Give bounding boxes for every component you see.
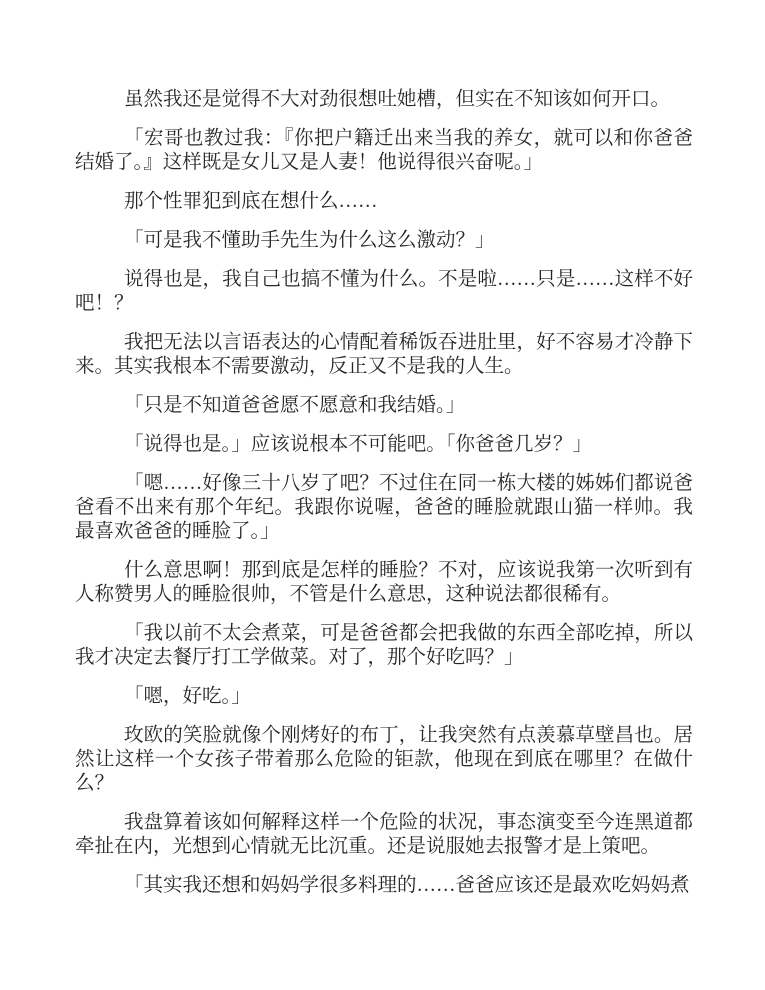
paragraph: 「可是我不懂助手先生为什么这么激动？」 [75,229,693,253]
paragraph: 「宏哥也教过我：『你把户籍迁出来当我的养女，就可以和你爸爸结婚了。』这样既是女儿… [75,127,693,175]
paragraph: 虽然我还是觉得不大对劲很想吐她槽，但实在不知该如何开口。 [75,88,693,112]
paragraph: 「嗯，好吃。」 [75,685,693,709]
paragraph: 「我以前不太会煮菜，可是爸爸都会把我做的东西全部吃掉，所以我才决定去餐厅打工学做… [75,622,693,670]
paragraph: 玫欧的笑脸就像个刚烤好的布丁，让我突然有点羡慕草壁昌也。居然让这样一个女孩子带着… [75,724,693,796]
paragraph: 「其实我还想和妈妈学很多料理的……爸爸应该还是最欢吃妈妈煮 [75,874,693,898]
paragraph: 「嗯……好像三十八岁了吧？不过住在同一栋大楼的姊姊们都说爸爸看不出来有那个年纪。… [75,472,693,544]
paragraph: 什么意思啊！那到底是怎样的睡脸？不对，应该说我第一次听到有人称赞男人的睡脸很帅，… [75,559,693,607]
novel-page: 虽然我还是觉得不大对劲很想吐她槽，但实在不知该如何开口。「宏哥也教过我：『你把户… [0,0,765,990]
paragraph: 「只是不知道爸爸愿不愿意和我结婚。」 [75,394,693,418]
paragraph: 那个性罪犯到底在想什么…… [75,190,693,214]
paragraph: 我把无法以言语表达的心情配着稀饭吞进肚里，好不容易才冷静下来。其实我根本不需要激… [75,331,693,379]
paragraph: 说得也是，我自己也搞不懂为什么。不是啦……只是……这样不好吧！？ [75,268,693,316]
novel-text-body: 虽然我还是觉得不大对劲很想吐她槽，但实在不知该如何开口。「宏哥也教过我：『你把户… [75,88,693,898]
paragraph: 我盘算着该如何解释这样一个危险的状况，事态演变至今连黑道都牵扯在内，光想到心情就… [75,811,693,859]
paragraph: 「说得也是。」应该说根本不可能吧。「你爸爸几岁？」 [75,433,693,457]
